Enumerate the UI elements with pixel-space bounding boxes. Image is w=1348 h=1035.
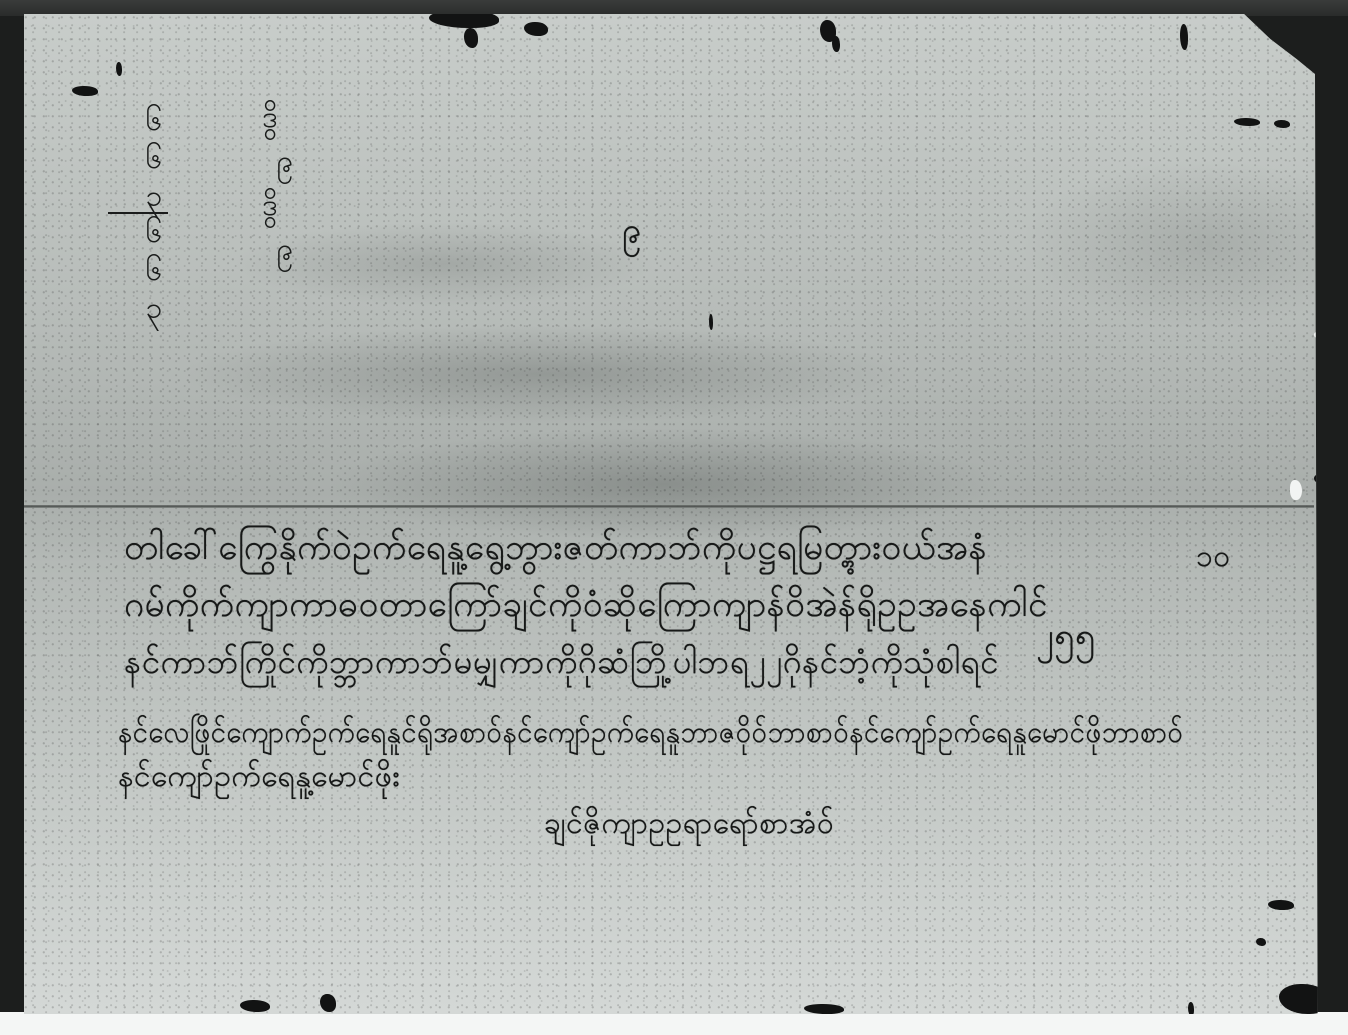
- manuscript-line: နင်ကာဘ်ကြိုင်ကိုဘ္ဘာကာဘ်မမျှကာကိုဂိုဆံဘြ…: [124, 641, 999, 690]
- ink-blot: [1268, 900, 1294, 910]
- edge-damage: [524, 22, 548, 36]
- ink-blot: [1234, 118, 1260, 126]
- manuscript-line: နင်ကျော်ဥက်ရေနူ့မောင်ဖိုး: [118, 756, 400, 801]
- numeral: ၃: [134, 290, 174, 328]
- photo-frame: ၆ ၆ ၃ ၆ ၆ ၃ ဒွိ ၉ ဒွိ ၉ ၉ ၁၀ ၂၅၅ တါခေါ်က…: [0, 0, 1348, 1035]
- margin-numeral-column-left-lower: ၆ ၆ ၃: [134, 214, 174, 328]
- numeral: ၉: [240, 140, 300, 184]
- ink-blot: [1188, 1002, 1194, 1016]
- page-number: ၁၀: [1196, 536, 1231, 581]
- numeral: ဒွိ: [240, 96, 300, 140]
- fold-line: [24, 505, 1314, 508]
- numeral: ၉: [240, 228, 300, 272]
- manuscript-page: ၆ ၆ ၃ ၆ ၆ ၃ ဒွိ ၉ ဒွိ ၉ ၉ ၁၀ ၂၅၅ တါခေါ်က…: [24, 14, 1336, 1014]
- edge-damage: [832, 36, 840, 52]
- ink-blot: [1256, 938, 1266, 946]
- numeral: ၆: [134, 140, 174, 178]
- ink-blot: [1314, 474, 1328, 484]
- numeral: ၃: [134, 178, 174, 216]
- paper-chip: [1314, 332, 1324, 338]
- margin-numeral-column-right: ဒွိ ၉ ဒွိ ၉: [240, 96, 300, 272]
- manuscript-line: တါခေါ်ကြွေနိုက်ဝဲဥက်ရေနူ့ရွေ့ဘွား‌ဇတ်ကာဘ…: [124, 525, 987, 577]
- manuscript-line: နင်လေဖြိုင်ကျောက်ဥက်ရေနူင်ရိုအစာဝ်နင်ကျေ…: [118, 712, 1183, 757]
- edge-damage: [464, 28, 478, 48]
- backdrop-top: [0, 0, 1348, 16]
- manuscript-line: ဂမ်ကိုက်ကျာကာဓဝတာကြော်ချင်ကိုဝံဆိုကြောကျ…: [124, 582, 1048, 634]
- ink-blot: [709, 314, 713, 330]
- numeral: ၆: [134, 102, 174, 140]
- photo-bottom-border: [0, 1012, 1348, 1035]
- manuscript-line: ချင်ဇိုကျာဥဥရာရော်စာအံဝ်: [544, 803, 834, 848]
- ink-blot: [116, 62, 122, 76]
- paper-texture: [24, 14, 1336, 1014]
- numeral: ၆: [134, 214, 174, 252]
- numeral: ၆: [134, 252, 174, 290]
- ink-blot: [1274, 120, 1290, 128]
- paper-chip: [1290, 480, 1302, 500]
- numeral: ဒွိ: [240, 184, 300, 228]
- edge-damage: [320, 994, 336, 1012]
- center-numeral-mark: ၉: [622, 208, 642, 259]
- ink-blot: [1180, 24, 1188, 50]
- ink-blot: [72, 86, 98, 96]
- margin-numeral-column-left: ၆ ၆ ၃: [134, 102, 174, 216]
